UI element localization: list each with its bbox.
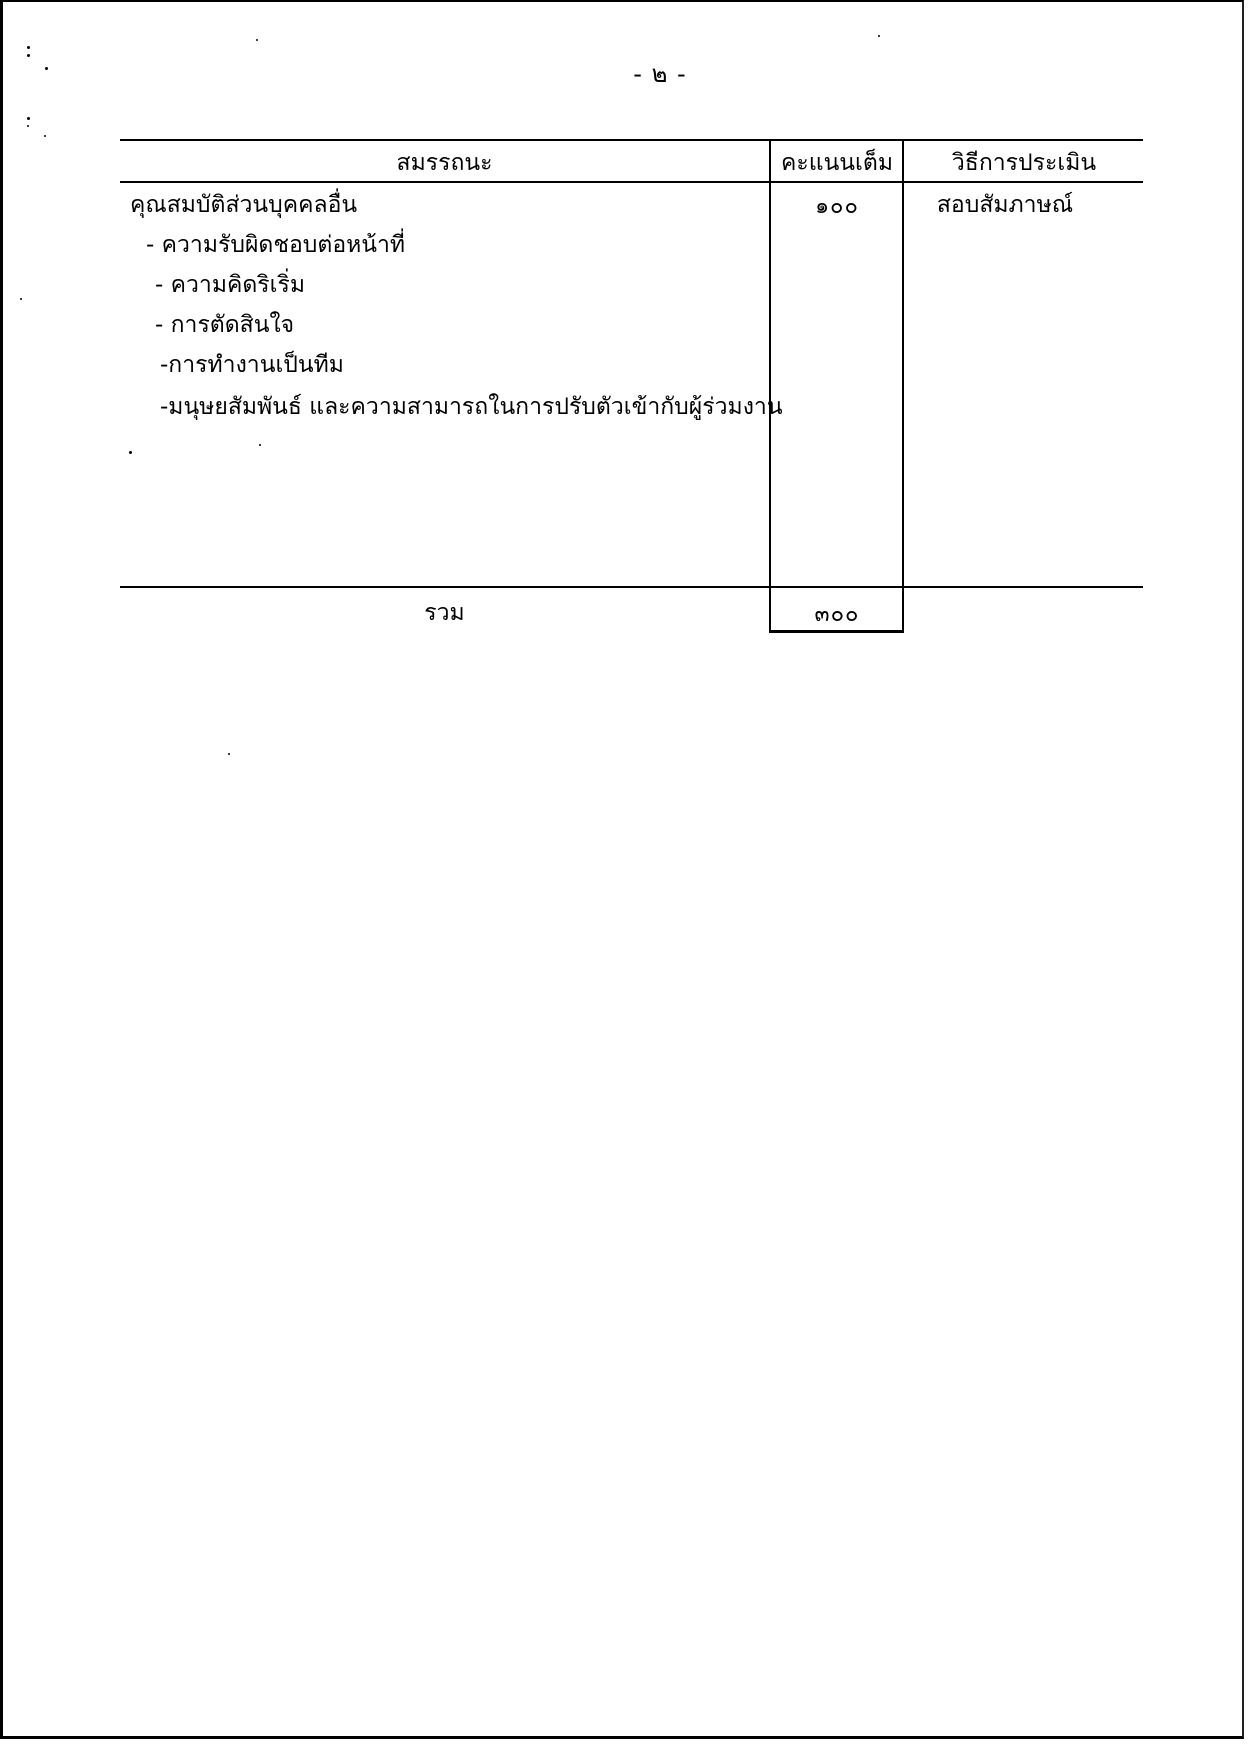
assessment-method-value: สอบสัมภาษณ์	[905, 190, 1105, 220]
competency-sub-item: -มนุษยสัมพันธ์ และความสามารถในการปรับตัว…	[160, 392, 783, 422]
page-frame	[0, 0, 1244, 1739]
table-top-border	[120, 139, 1143, 141]
competency-sub-item: - ความคิดริเริ่ม	[155, 270, 305, 300]
page-number: - ๒ -	[620, 54, 700, 93]
scan-speck	[27, 125, 29, 127]
scan-speck	[27, 117, 30, 120]
scan-speck	[256, 39, 258, 41]
scan-speck	[259, 444, 261, 446]
competency-sub-item: - การตัดสินใจ	[155, 310, 294, 340]
total-score-box-bottom	[769, 630, 904, 633]
competency-sub-item: - ความรับผิดชอบต่อหน้าที่	[146, 230, 405, 260]
scan-speck	[20, 298, 22, 300]
total-value: ๓๐๐	[771, 600, 903, 630]
header-separator	[120, 181, 1143, 183]
scan-speck	[27, 54, 30, 57]
scan-speck	[129, 451, 132, 454]
scan-speck	[228, 753, 230, 755]
total-separator	[120, 586, 1143, 588]
scan-speck	[45, 67, 48, 70]
competency-sub-item: -การทำงานเป็นทีม	[160, 350, 344, 380]
scan-speck	[878, 35, 880, 37]
scan-speck	[44, 135, 46, 137]
header-full-score: คะแนนเต็ม	[771, 148, 903, 178]
header-assessment-method: วิธีการประเมิน	[905, 148, 1143, 178]
competency-title: คุณสมบัติส่วนบุคคลอื่น	[130, 190, 357, 220]
full-score-value: ๑๐๐	[771, 192, 903, 222]
total-label: รวม	[120, 598, 769, 628]
scan-speck	[27, 46, 30, 49]
header-competency: สมรรถนะ	[120, 148, 769, 178]
